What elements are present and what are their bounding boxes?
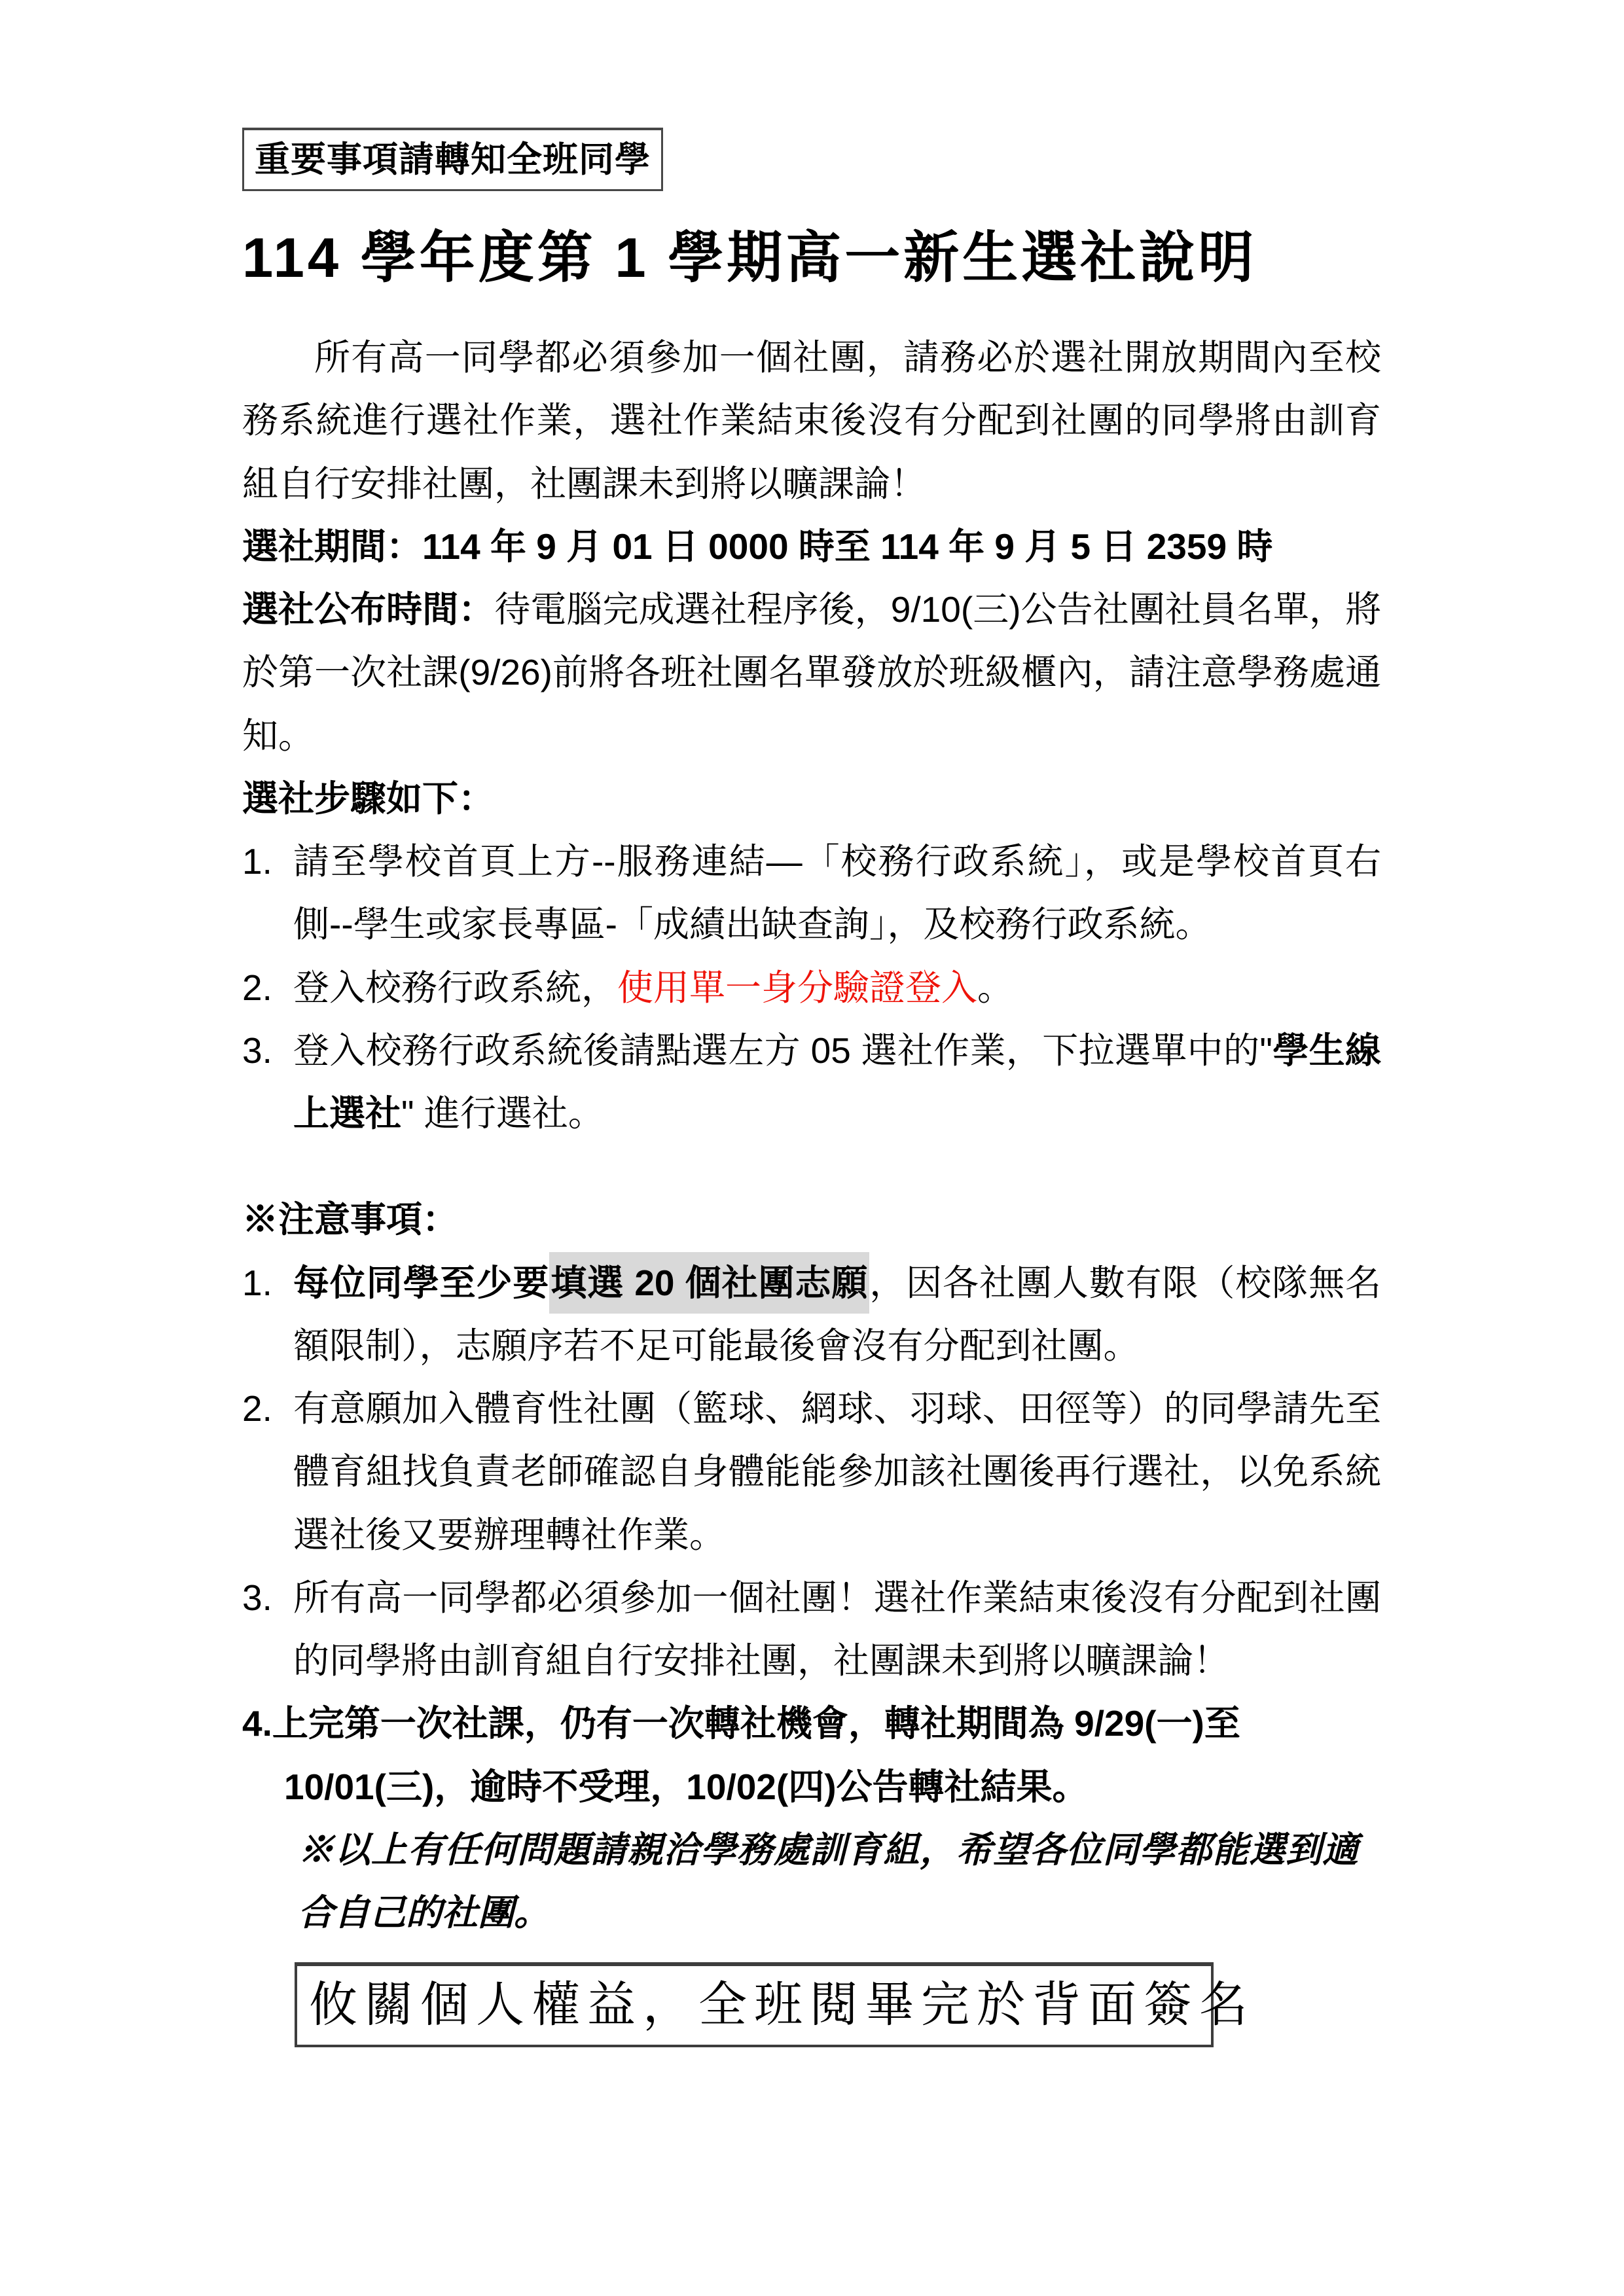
step-2-red-text: 使用單一身分驗證登入 <box>617 967 977 1008</box>
note-item-2: 2. 有意願加入體育性社團（籃球、網球、羽球、田徑等）的同學請先至體育組找負責老… <box>242 1377 1381 1566</box>
note-number-2: 2. <box>242 1377 272 1440</box>
note-item-1: 1. 每位同學至少要填選 20 個社團志願，因各社團人數有限（校隊無名額限制），… <box>242 1251 1381 1378</box>
announce-line: 選社公布時間：待電腦完成選社程序後，9/10(三)公告社團社員名單，將於第一次社… <box>242 578 1381 767</box>
note-text-3: 所有高一同學都必須參加一個社團！選社作業結束後沒有分配到社團的同學將由訓育組自行… <box>293 1566 1381 1693</box>
note-1-highlighted: 填選 20 個社團志願 <box>549 1252 869 1314</box>
steps-heading: 選社步驟如下： <box>242 767 1381 830</box>
note-1-bold: 每位同學至少要 <box>293 1263 549 1303</box>
step-2-pre: 登入校務行政系統， <box>293 967 617 1008</box>
document-content: 重要事項請轉知全班同學 114 學年度第 1 學期高一新生選社說明 所有高一同學… <box>242 128 1381 2047</box>
step-item-1: 1. 請至學校首頁上方--服務連結—「校務行政系統」，或是學校首頁右側--學生或… <box>242 830 1381 956</box>
step-3-post: " 進行選社。 <box>401 1093 604 1134</box>
step-number-3: 3. <box>242 1019 272 1082</box>
signature-box: 攸關個人權益，全班閱畢完於背面簽名 <box>295 1962 1214 2047</box>
note-number-1: 1. <box>242 1251 272 1314</box>
step-text-2: 登入校務行政系統，使用單一身分驗證登入。 <box>293 956 1381 1019</box>
intro-paragraph: 所有高一同學都必須參加一個社團，請務必於選社開放期間內至校務系統進行選社作業，選… <box>242 326 1381 515</box>
step-text-1: 請至學校首頁上方--服務連結—「校務行政系統」，或是學校首頁右側--學生或家長專… <box>293 830 1381 956</box>
transfer-note-line-2: 10/01(三)，逾時不受理，10/02(四)公告轉社結果。 <box>242 1755 1381 1818</box>
step-number-1: 1. <box>242 830 272 893</box>
step-3-pre: 登入校務行政系統後請點選左方 05 選社作業，下拉選單中的" <box>293 1030 1272 1071</box>
page-title: 114 學年度第 1 學期高一新生選社說明 <box>242 225 1381 292</box>
step-2-post: 。 <box>977 967 1013 1008</box>
step-item-3: 3. 登入校務行政系統後請點選左方 05 選社作業，下拉選單中的"學生線上選社"… <box>242 1019 1381 1145</box>
note-text-2: 有意願加入體育性社團（籃球、網球、羽球、田徑等）的同學請先至體育組找負責老師確認… <box>293 1377 1381 1566</box>
announce-label: 選社公布時間： <box>242 589 494 630</box>
final-note: ※以上有任何問題請親洽學務處訓育組，希望各位同學都能選到適合自己的社團。 <box>298 1818 1358 1945</box>
document-page: 重要事項請轉知全班同學 114 學年度第 1 學期高一新生選社說明 所有高一同學… <box>0 0 1624 2296</box>
section-gap <box>242 1145 1381 1188</box>
note-text-1: 每位同學至少要填選 20 個社團志願，因各社團人數有限（校隊無名額限制），志願序… <box>293 1251 1381 1378</box>
step-text-3: 登入校務行政系統後請點選左方 05 選社作業，下拉選單中的"學生線上選社" 進行… <box>293 1019 1381 1145</box>
note-item-3: 3. 所有高一同學都必須參加一個社團！選社作業結束後沒有分配到社團的同學將由訓育… <box>242 1566 1381 1693</box>
banner-text: 重要事項請轉知全班同學 <box>255 140 651 179</box>
note-number-3: 3. <box>242 1566 272 1629</box>
step-item-2: 2. 登入校務行政系統，使用單一身分驗證登入。 <box>242 956 1381 1019</box>
signature-box-text: 攸關個人權益，全班閱畢完於背面簽名 <box>309 1977 1255 2033</box>
document-body: 所有高一同學都必須參加一個社團，請務必於選社開放期間內至校務系統進行選社作業，選… <box>242 326 1381 2047</box>
period-line: 選社期間：114 年 9 月 01 日 0000 時至 114 年 9 月 5 … <box>242 515 1381 578</box>
transfer-note-line-1: 4.上完第一次社課，仍有一次轉社機會，轉社期間為 9/29(一)至 <box>242 1692 1381 1755</box>
banner-box: 重要事項請轉知全班同學 <box>242 128 663 191</box>
notes-heading: ※注意事項： <box>242 1188 1381 1251</box>
step-number-2: 2. <box>242 956 272 1019</box>
